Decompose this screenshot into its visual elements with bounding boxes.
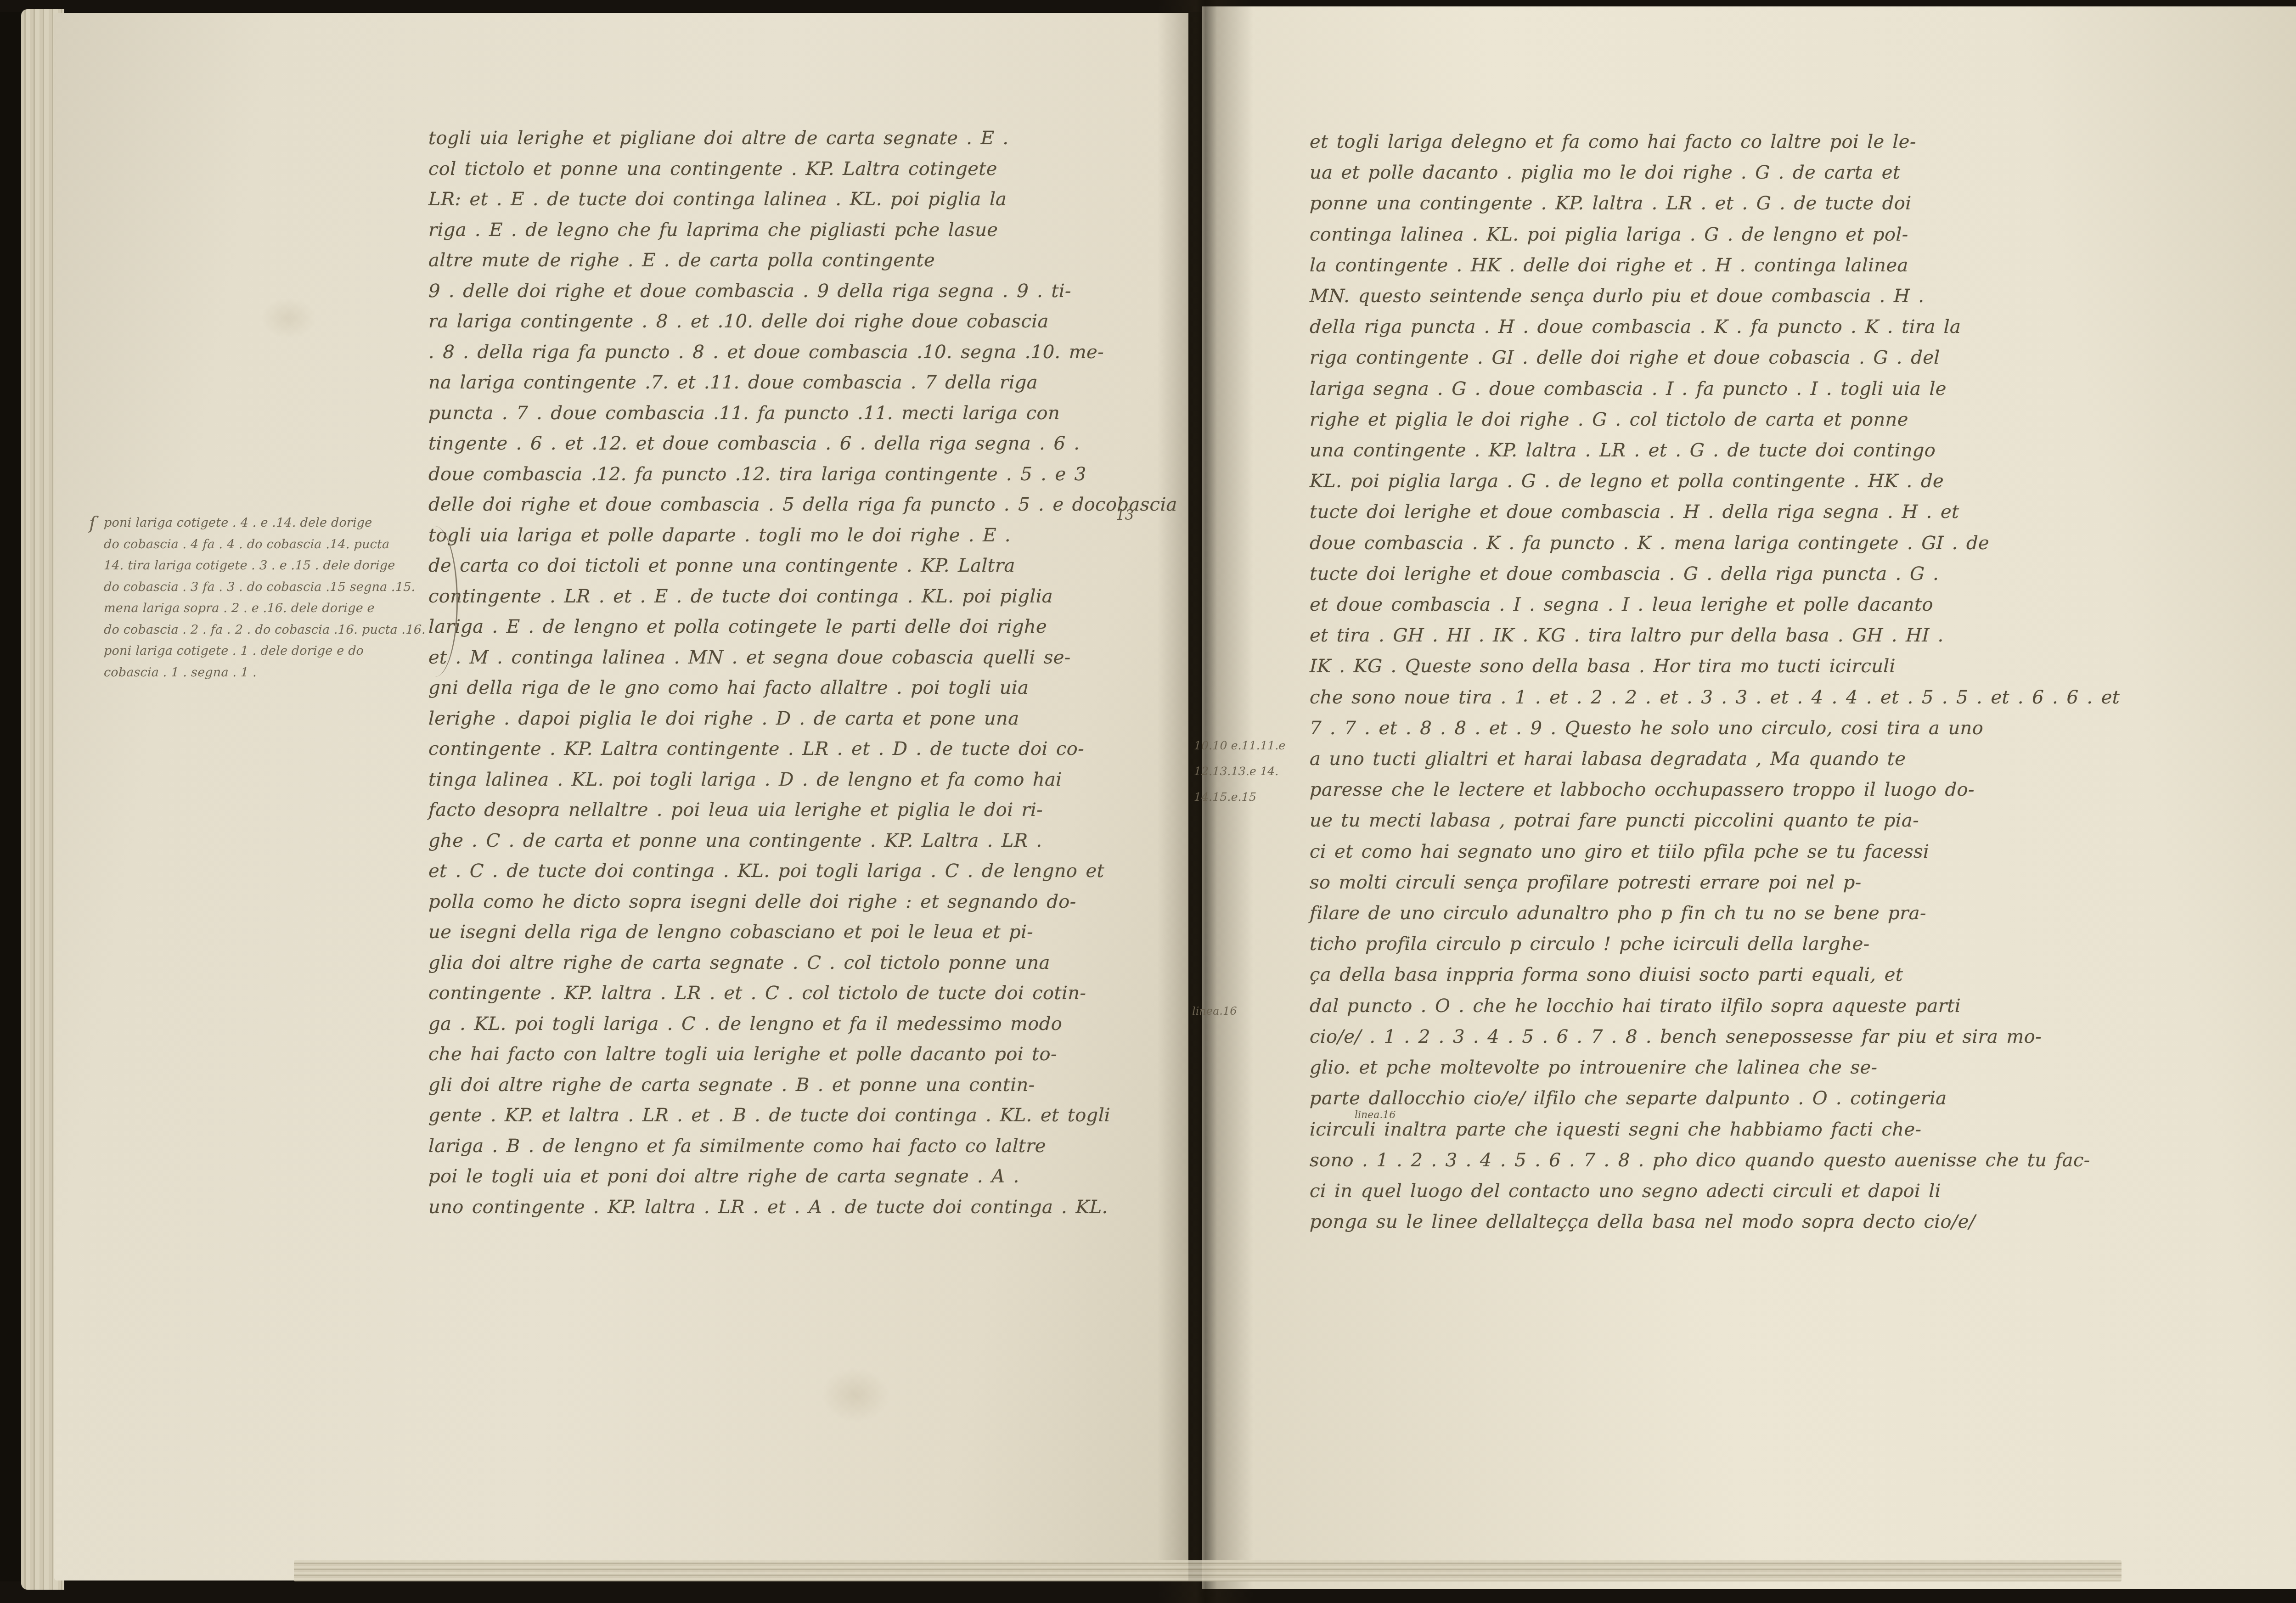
- text-line: so molti circuli sença profilare potrest…: [1309, 867, 2044, 898]
- text-line: ga . KL. poi togli lariga . C . de lengn…: [428, 1009, 1163, 1040]
- right-margin-note: 10.10 e.11.11.e12.13.13.e 14.14.15.e.15: [1194, 733, 1304, 810]
- text-line: . 8 . della riga fa puncto . 8 . et doue…: [428, 337, 1163, 368]
- text-line: et . C . de tucte doi continga . KL. poi…: [428, 856, 1163, 887]
- text-line: gli doi altre righe de carta segnate . B…: [428, 1070, 1163, 1101]
- text-line: icirculi inaltra parte che iquesti segni…: [1309, 1114, 2044, 1145]
- text-line: riga . E . de legno che fu laprima che p…: [428, 215, 1163, 246]
- text-line: IK . KG . Queste sono della basa . Hor t…: [1309, 651, 2044, 682]
- text-line: puncta . 7 . doue combascia .11. fa punc…: [428, 398, 1163, 429]
- manuscript-scan: 58 togli uia lerighe et pigliane doi alt…: [0, 0, 2296, 1603]
- text-line: lariga . E . de lengno et polla cotinget…: [428, 612, 1163, 642]
- text-line: gente . KP. et laltra . LR . et . B . de…: [428, 1100, 1163, 1131]
- text-line: altre mute de righe . E . de carta polla…: [428, 245, 1163, 276]
- text-line: et tira . GH . HI . IK . KG . tira laltr…: [1309, 620, 2044, 651]
- text-line: della riga puncta . H . doue combascia .…: [1309, 312, 2044, 343]
- text-line: sono . 1 . 2 . 3 . 4 . 5 . 6 . 7 . 8 . p…: [1309, 1145, 2044, 1176]
- margin-note-line: cobascia . 1 . segna . 1 .: [103, 662, 453, 684]
- text-line: una contingente . KP. laltra . LR . et .…: [1309, 435, 2044, 466]
- margin-note-line: 14.15.e.15: [1193, 784, 1305, 810]
- right-margin-note-linea: linea.16: [1192, 1005, 1237, 1018]
- text-line: ua et polle dacanto . piglia mo le doi r…: [1309, 157, 2044, 188]
- stain: [821, 1367, 890, 1423]
- text-line: dal puncto . O . che he locchio hai tira…: [1309, 991, 2044, 1022]
- left-margin-note: poni lariga cotigete . 4 . e .14. dele d…: [104, 512, 453, 683]
- text-line: contingente . LR . et . E . de tucte doi…: [428, 581, 1163, 612]
- text-line: lerighe . dapoi piglia le doi righe . D …: [428, 703, 1163, 734]
- text-line: 7 . 7 . et . 8 . 8 . et . 9 . Questo he …: [1309, 713, 2044, 744]
- paragraph-mark: ſ: [89, 512, 96, 534]
- interlinear-note: linea.16: [1355, 1109, 1396, 1121]
- text-line: na lariga contingente .7. et .11. doue c…: [428, 367, 1163, 398]
- left-text-block: togli uia lerighe et pigliane doi altre …: [428, 123, 1163, 1222]
- side-paragraph-number: 13: [1116, 507, 1134, 523]
- text-line: tucte doi lerighe et doue combascia . G …: [1309, 559, 2044, 590]
- text-line: contingente . KP. Laltra contingente . L…: [428, 734, 1163, 765]
- text-line: lariga segna . G . doue combascia . I . …: [1309, 374, 2044, 405]
- text-line: parte dallocchio cio/e/ ilfilo che separ…: [1309, 1083, 2044, 1114]
- text-line: KL. poi piglia larga . G . de legno et p…: [1309, 466, 2044, 497]
- text-line: MN. questo seintende sença durlo piu et …: [1309, 281, 2044, 312]
- text-line: riga contingente . GI . delle doi righe …: [1309, 343, 2044, 373]
- text-line: ue tu mecti labasa , potrai fare puncti …: [1309, 805, 2044, 836]
- text-line: glia doi altre righe de carta segnate . …: [428, 948, 1163, 979]
- text-line: che hai facto con laltre togli uia lerig…: [428, 1039, 1163, 1070]
- stain: [261, 298, 316, 339]
- text-line: gni della riga de le gno como hai facto …: [428, 673, 1163, 703]
- text-line: ça della basa inppria forma sono diuisi …: [1309, 960, 2044, 990]
- text-line: tingente . 6 . et .12. et doue combascia…: [428, 428, 1163, 459]
- text-line: ghe . C . de carta et ponne una continge…: [428, 826, 1163, 856]
- margin-note-line: do cobascia . 4 fa . 4 . do cobascia .14…: [103, 534, 453, 556]
- margin-note-line: mena lariga sopra . 2 . e .16. dele dori…: [103, 598, 453, 619]
- margin-note-line: do cobascia . 3 fa . 3 . do cobascia .15…: [103, 577, 453, 598]
- text-line: facto desopra nellaltre . poi leua uia l…: [428, 795, 1163, 826]
- text-line: continga lalinea . KL. poi piglia lariga…: [1309, 219, 2044, 250]
- text-line: togli uia lerighe et pigliane doi altre …: [428, 123, 1163, 154]
- text-line: et togli lariga delegno et fa como hai f…: [1309, 127, 2044, 157]
- text-line: togli uia lariga et polle daparte . togl…: [428, 520, 1163, 551]
- text-line: ra lariga contingente . 8 . et .10. dell…: [428, 306, 1163, 337]
- text-line: ci et como hai segnato uno giro et tiilo…: [1309, 837, 2044, 867]
- text-line: paresse che le lectere et labbocho occhu…: [1309, 775, 2044, 805]
- text-line: polla como he dicto sopra isegni delle d…: [428, 887, 1163, 917]
- stacked-page-edges-bottom: [294, 1560, 2122, 1581]
- right-text-block: et togli lariga delegno et fa como hai f…: [1310, 127, 2044, 1237]
- text-line: lariga . B . de lengno et fa similmente …: [428, 1131, 1163, 1162]
- text-line: ticho profila circulo p circulo ! pche i…: [1309, 929, 2044, 960]
- margin-note-line: 10.10 e.11.11.e: [1193, 733, 1305, 759]
- text-line: la contingente . HK . delle doi righe et…: [1309, 250, 2044, 281]
- margin-note-line: do cobascia . 2 . fa . 2 . do cobascia .…: [103, 619, 453, 641]
- text-line: contingente . KP. laltra . LR . et . C .…: [428, 978, 1163, 1009]
- text-line: ue isegni della riga de lengno cobascian…: [428, 917, 1163, 948]
- text-line: et . M . continga lalinea . MN . et segn…: [428, 642, 1163, 673]
- text-line: uno contingente . KP. laltra . LR . et .…: [428, 1192, 1163, 1223]
- margin-note-line: poni lariga cotigete . 4 . e .14. dele d…: [103, 512, 453, 534]
- text-line: a uno tucti glialtri et harai labasa deg…: [1309, 744, 2044, 775]
- text-line: poi le togli uia et poni doi altre righe…: [428, 1161, 1163, 1192]
- text-line: col tictolo et ponne una contingente . K…: [428, 154, 1163, 185]
- text-line: ponga su le linee dellalteçça della basa…: [1309, 1207, 2044, 1237]
- text-line: tinga lalinea . KL. poi togli lariga . D…: [428, 765, 1163, 795]
- margin-note-line: poni lariga cotigete . 1 . dele dorige e…: [103, 641, 453, 662]
- text-line: doue combascia . K . fa puncto . K . men…: [1309, 528, 2044, 559]
- text-line: righe et piglia le doi righe . G . col t…: [1309, 405, 2044, 435]
- text-line: ponne una contingente . KP. laltra . LR …: [1309, 188, 2044, 219]
- margin-note-line: 14. tira lariga cotigete . 3 . e .15 . d…: [103, 555, 453, 577]
- text-line: delle doi righe et doue combascia . 5 de…: [428, 489, 1163, 520]
- text-line: et doue combascia . I . segna . I . leua…: [1309, 590, 2044, 620]
- text-line: doue combascia .12. fa puncto .12. tira …: [428, 459, 1163, 490]
- text-line: glio. et pche moltevolte po introuenire …: [1309, 1052, 2044, 1083]
- text-line: LR: et . E . de tucte doi continga lalin…: [428, 184, 1163, 215]
- text-line: che sono noue tira . 1 . et . 2 . 2 . et…: [1309, 682, 2044, 713]
- text-line: 9 . delle doi righe et doue combascia . …: [428, 276, 1163, 307]
- text-line: filare de uno circulo adunaltro pho p fi…: [1309, 898, 2044, 929]
- margin-note-line: 12.13.13.e 14.: [1193, 759, 1305, 784]
- text-line: tucte doi lerighe et doue combascia . H …: [1309, 497, 2044, 528]
- text-line: de carta co doi tictoli et ponne una con…: [428, 551, 1163, 581]
- text-line: cio/e/ . 1 . 2 . 3 . 4 . 5 . 6 . 7 . 8 .…: [1309, 1022, 2044, 1052]
- text-line: ci in quel luogo del contacto uno segno …: [1309, 1176, 2044, 1207]
